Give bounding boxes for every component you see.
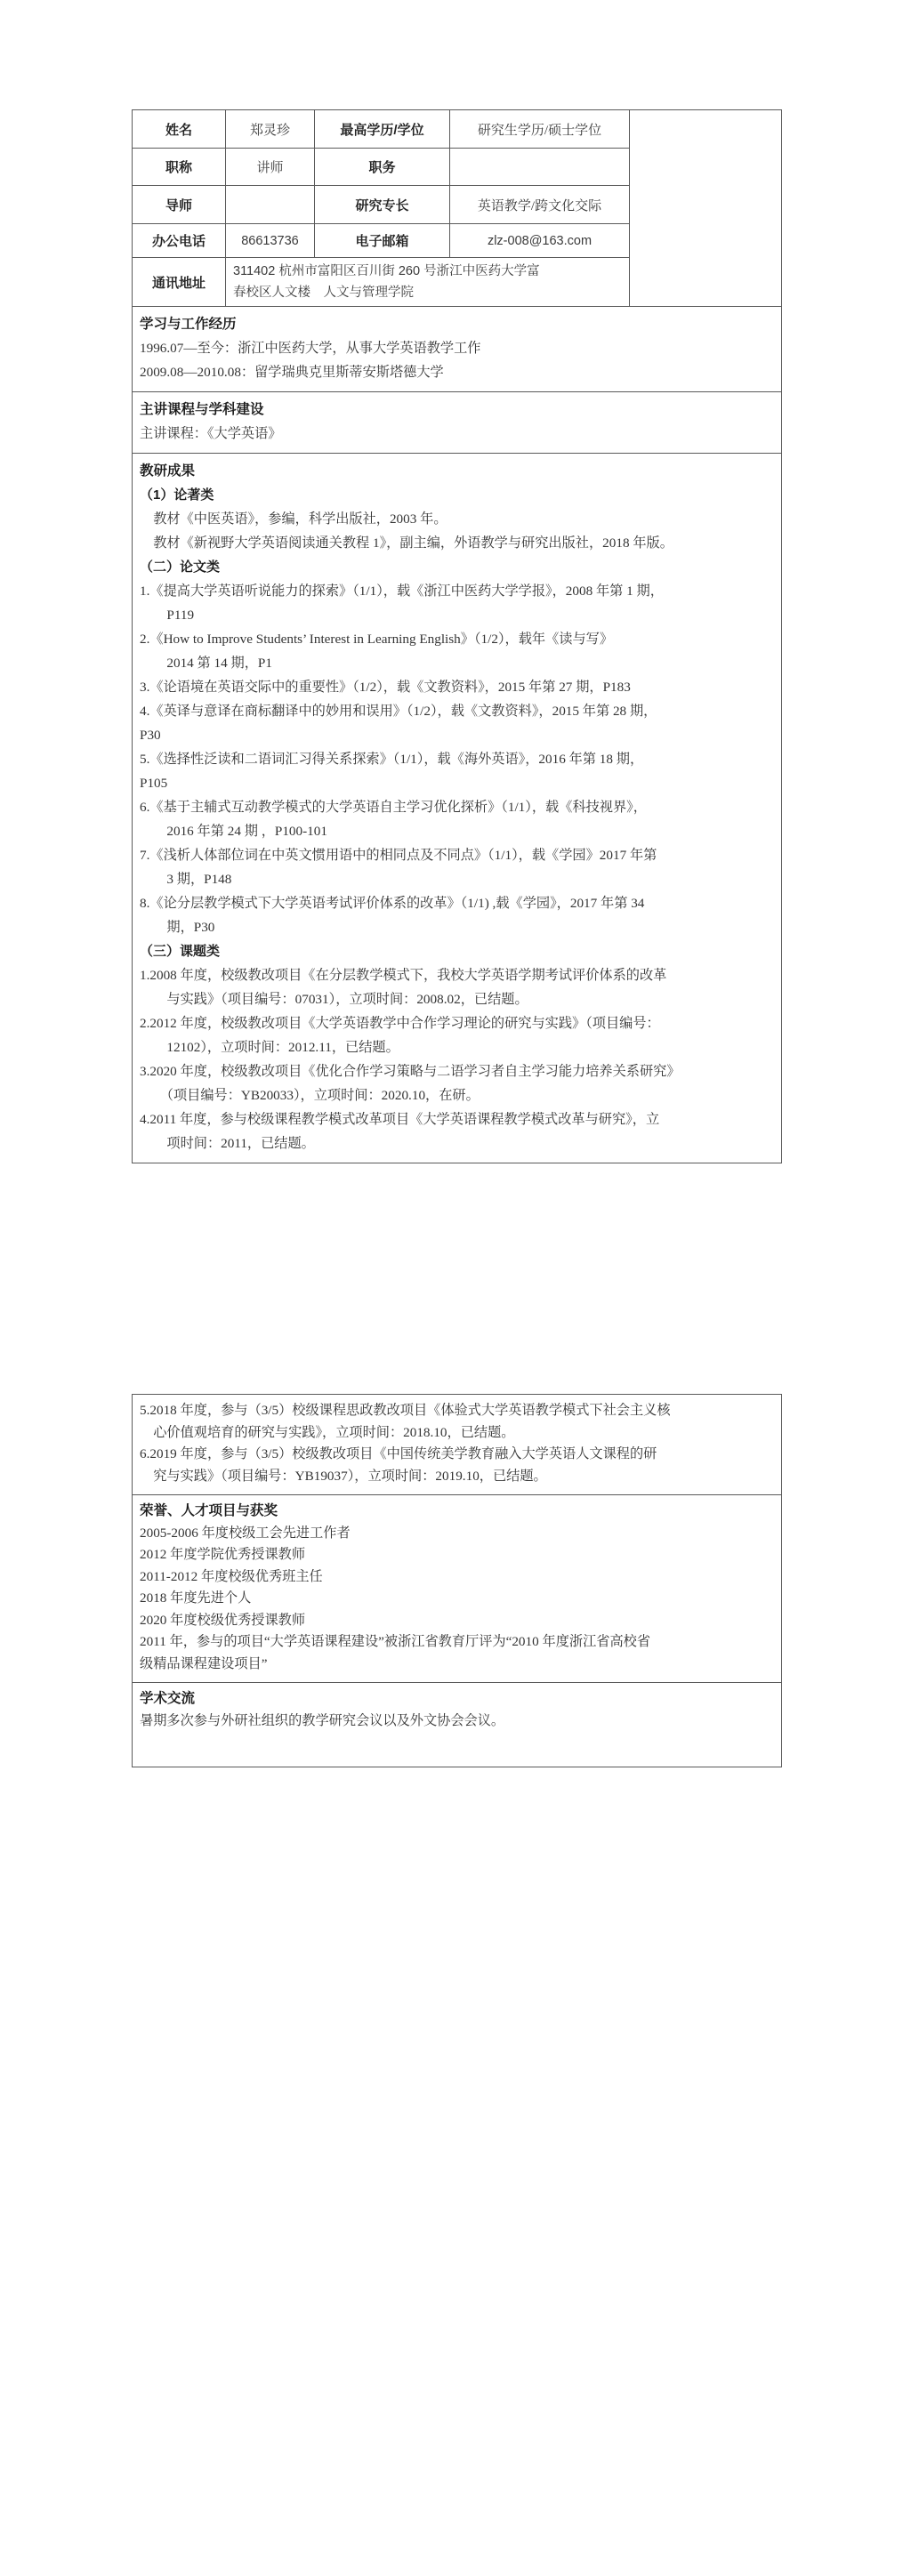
section-body: 5.2018 年度，参与（3/5）校级课程思政教改项目《体验式大学英语教学模式下… — [140, 1400, 774, 1487]
text-line: 期，P30 — [140, 915, 774, 939]
subsection-papers: （二）论文类 1.《提高大学英语听说能力的探索》（1/1），载《浙江中医药大学学… — [140, 555, 774, 939]
text-line: 1.《提高大学英语听说能力的探索》（1/1），载《浙江中医药大学学报》，2008… — [140, 579, 774, 603]
text-line: P119 — [140, 603, 774, 627]
email-value: zlz-008@163.com — [450, 224, 630, 258]
section-title: 教研成果 — [140, 459, 774, 483]
section-body: 1.2008 年度，校级教改项目《在分层教学模式下，我校大学英语学期考试评价体系… — [140, 963, 774, 1155]
position-value — [450, 149, 630, 186]
text-line: 1.2008 年度，校级教改项目《在分层教学模式下，我校大学英语学期考试评价体系… — [140, 963, 774, 987]
text-line: 级精品课程建设项目” — [140, 1654, 774, 1676]
text-line: 2.《How to Improve Students’ Interest in … — [140, 627, 774, 651]
research-specialty-value: 英语教学/跨文化交际 — [450, 186, 630, 224]
text-line: 6.2019 年度，参与（3/5）校级教改项目《中国传统美学教育融入大学英语人文… — [140, 1444, 774, 1466]
research-specialty-label: 研究专长 — [315, 186, 450, 224]
text-line: 5.2018 年度，参与（3/5）校级课程思政教改项目《体验式大学英语教学模式下… — [140, 1400, 774, 1422]
subsection-heading: （三）课题类 — [140, 939, 774, 963]
text-line: 暑期多次参与外研社组织的教学研究会议以及外文协会会议。 — [140, 1711, 774, 1733]
text-line: 主讲课程：《大学英语》 — [140, 422, 774, 446]
section-honors: 荣誉、人才项目与获奖 2005-2006 年度校级工会先进工作者2012 年度学… — [132, 1494, 782, 1683]
section-body: 1996.07—至今：浙江中医药大学，从事大学英语教学工作2009.08—201… — [140, 336, 774, 384]
section-body: 2005-2006 年度校级工会先进工作者2012 年度学院优秀授课教师2011… — [140, 1523, 774, 1676]
text-line: 教材《中医英语》，参编，科学出版社，2003 年。 — [140, 507, 774, 531]
supervisor-value — [226, 186, 315, 224]
title-label: 职称 — [133, 149, 226, 186]
cv-page-2: 5.2018 年度，参与（3/5）校级课程思政教改项目《体验式大学英语教学模式下… — [132, 1395, 782, 1767]
section-body: 主讲课程：《大学英语》 — [140, 422, 774, 446]
text-line: 2016 年第 24 期 ，P100-101 — [140, 819, 774, 843]
text-line: 8.《论分层教学模式下大学英语考试评价体系的改革》（1/1) ,载《学园》，20… — [140, 891, 774, 915]
text-line: 12102），立项时间：2012.11，已结题。 — [140, 1035, 774, 1059]
text-line: 1996.07—至今：浙江中医药大学，从事大学英语教学工作 — [140, 336, 774, 360]
subsection-heading: （二）论文类 — [140, 555, 774, 579]
title-value: 讲师 — [226, 149, 315, 186]
section-body: 暑期多次参与外研社组织的教学研究会议以及外文协会会议。 — [140, 1711, 774, 1733]
section-title: 主讲课程与学科建设 — [140, 398, 774, 422]
text-line: 7.《浅析人体部位词在中英文惯用语中的相同点及不同点》（1/1），载《学园》20… — [140, 843, 774, 867]
text-line: P30 — [140, 723, 774, 747]
address-label: 通讯地址 — [133, 258, 226, 306]
text-line: （项目编号：YB20033），立项时间：2020.10，在研。 — [140, 1083, 774, 1107]
cv-page-1: 姓名 郑灵珍 最高学历/学位 研究生学历/硕士学位 职称 讲师 职务 导师 研究… — [132, 109, 782, 1163]
supervisor-label: 导师 — [133, 186, 226, 224]
text-line: 4.2011 年度，参与校级课程教学模式改革项目《大学英语课程教学模式改革与研究… — [140, 1107, 774, 1131]
section-title: 学术交流 — [140, 1688, 774, 1711]
subsection-heading: （1）论著类 — [140, 483, 774, 507]
office-phone-value: 86613736 — [226, 224, 315, 258]
text-line: 3.2020 年度，校级教改项目《优化合作学习策略与二语学习者自主学习能力培养关… — [140, 1059, 774, 1083]
text-line: 2011 年，参与的项目“大学英语课程建设”被浙江省教育厅评为“2010 年度浙… — [140, 1631, 774, 1654]
photo-placeholder — [630, 110, 781, 306]
text-line: 2005-2006 年度校级工会先进工作者 — [140, 1523, 774, 1545]
text-line: 究与实践》（项目编号：YB19037），立项时间：2019.10，已结题。 — [140, 1466, 774, 1488]
text-line: 2.2012 年度，校级教改项目《大学英语教学中合作学习理论的研究与实践》（项目… — [140, 1011, 774, 1035]
office-phone-label: 办公电话 — [133, 224, 226, 258]
section-title: 荣誉、人才项目与获奖 — [140, 1501, 774, 1523]
text-line: 5.《选择性泛读和二语词汇习得关系探索》（1/1），载《海外英语》，2016 年… — [140, 747, 774, 771]
section-body: 教材《中医英语》，参编，科学出版社，2003 年。 教材《新视野大学英语阅读通关… — [140, 507, 774, 555]
profile-table: 姓名 郑灵珍 最高学历/学位 研究生学历/硕士学位 职称 讲师 职务 导师 研究… — [132, 109, 782, 307]
section-projects-continued: 5.2018 年度，参与（3/5）校级课程思政教改项目《体验式大学英语教学模式下… — [132, 1394, 782, 1495]
section-academic-exchange: 学术交流 暑期多次参与外研社组织的教学研究会议以及外文协会会议。 — [132, 1682, 782, 1767]
highest-degree-value: 研究生学历/硕士学位 — [450, 110, 630, 149]
text-line: 6.《基于主辅式互动教学模式的大学英语自主学习优化探析》（1/1），载《科技视界… — [140, 795, 774, 819]
text-line: 2012 年度学院优秀授课教师 — [140, 1544, 774, 1566]
subsection-monographs: （1）论著类 教材《中医英语》，参编，科学出版社，2003 年。 教材《新视野大… — [140, 483, 774, 555]
text-line: 3 期，P148 — [140, 867, 774, 891]
text-line: 3.《论语境在英语交际中的重要性》（1/2），载《文教资料》，2015 年第 2… — [140, 675, 774, 699]
text-line: 项时间：2011，已结题。 — [140, 1131, 774, 1155]
text-line: 2009.08—2010.08：留学瑞典克里斯蒂安斯塔德大学 — [140, 360, 774, 384]
name-label: 姓名 — [133, 110, 226, 149]
text-line: 2011-2012 年度校级优秀班主任 — [140, 1566, 774, 1589]
highest-degree-label: 最高学历/学位 — [315, 110, 450, 149]
text-line: 4.《英译与意译在商标翻译中的妙用和误用》（1/2），载《文教资料》，2015 … — [140, 699, 774, 723]
name-value: 郑灵珍 — [226, 110, 315, 149]
subsection-projects: （三）课题类 1.2008 年度，校级教改项目《在分层教学模式下，我校大学英语学… — [140, 939, 774, 1155]
text-line: 心价值观培育的研究与实践》，立项时间：2018.10，已结题。 — [140, 1422, 774, 1445]
section-body: 1.《提高大学英语听说能力的探索》（1/1），载《浙江中医药大学学报》，2008… — [140, 579, 774, 939]
text-line: 2018 年度先进个人 — [140, 1588, 774, 1610]
text-line: 与实践》（项目编号：07031），立项时间：2008.02，已结题。 — [140, 987, 774, 1011]
text-line: 2014 第 14 期，P1 — [140, 651, 774, 675]
text-line: 2020 年度校级优秀授课教师 — [140, 1610, 774, 1632]
section-title: 学习与工作经历 — [140, 312, 774, 336]
section-work-history: 学习与工作经历 1996.07—至今：浙江中医药大学，从事大学英语教学工作200… — [132, 306, 782, 392]
section-courses: 主讲课程与学科建设 主讲课程：《大学英语》 — [132, 391, 782, 454]
text-line: P105 — [140, 771, 774, 795]
section-achievements: 教研成果 （1）论著类 教材《中医英语》，参编，科学出版社，2003 年。 教材… — [132, 453, 782, 1163]
email-label: 电子邮箱 — [315, 224, 450, 258]
text-line: 教材《新视野大学英语阅读通关教程 1》，副主编，外语教学与研究出版社，2018 … — [140, 531, 774, 555]
position-label: 职务 — [315, 149, 450, 186]
address-value: 311402 杭州市富阳区百川街 260 号浙江中医药大学富 春校区人文楼 人文… — [226, 258, 630, 306]
